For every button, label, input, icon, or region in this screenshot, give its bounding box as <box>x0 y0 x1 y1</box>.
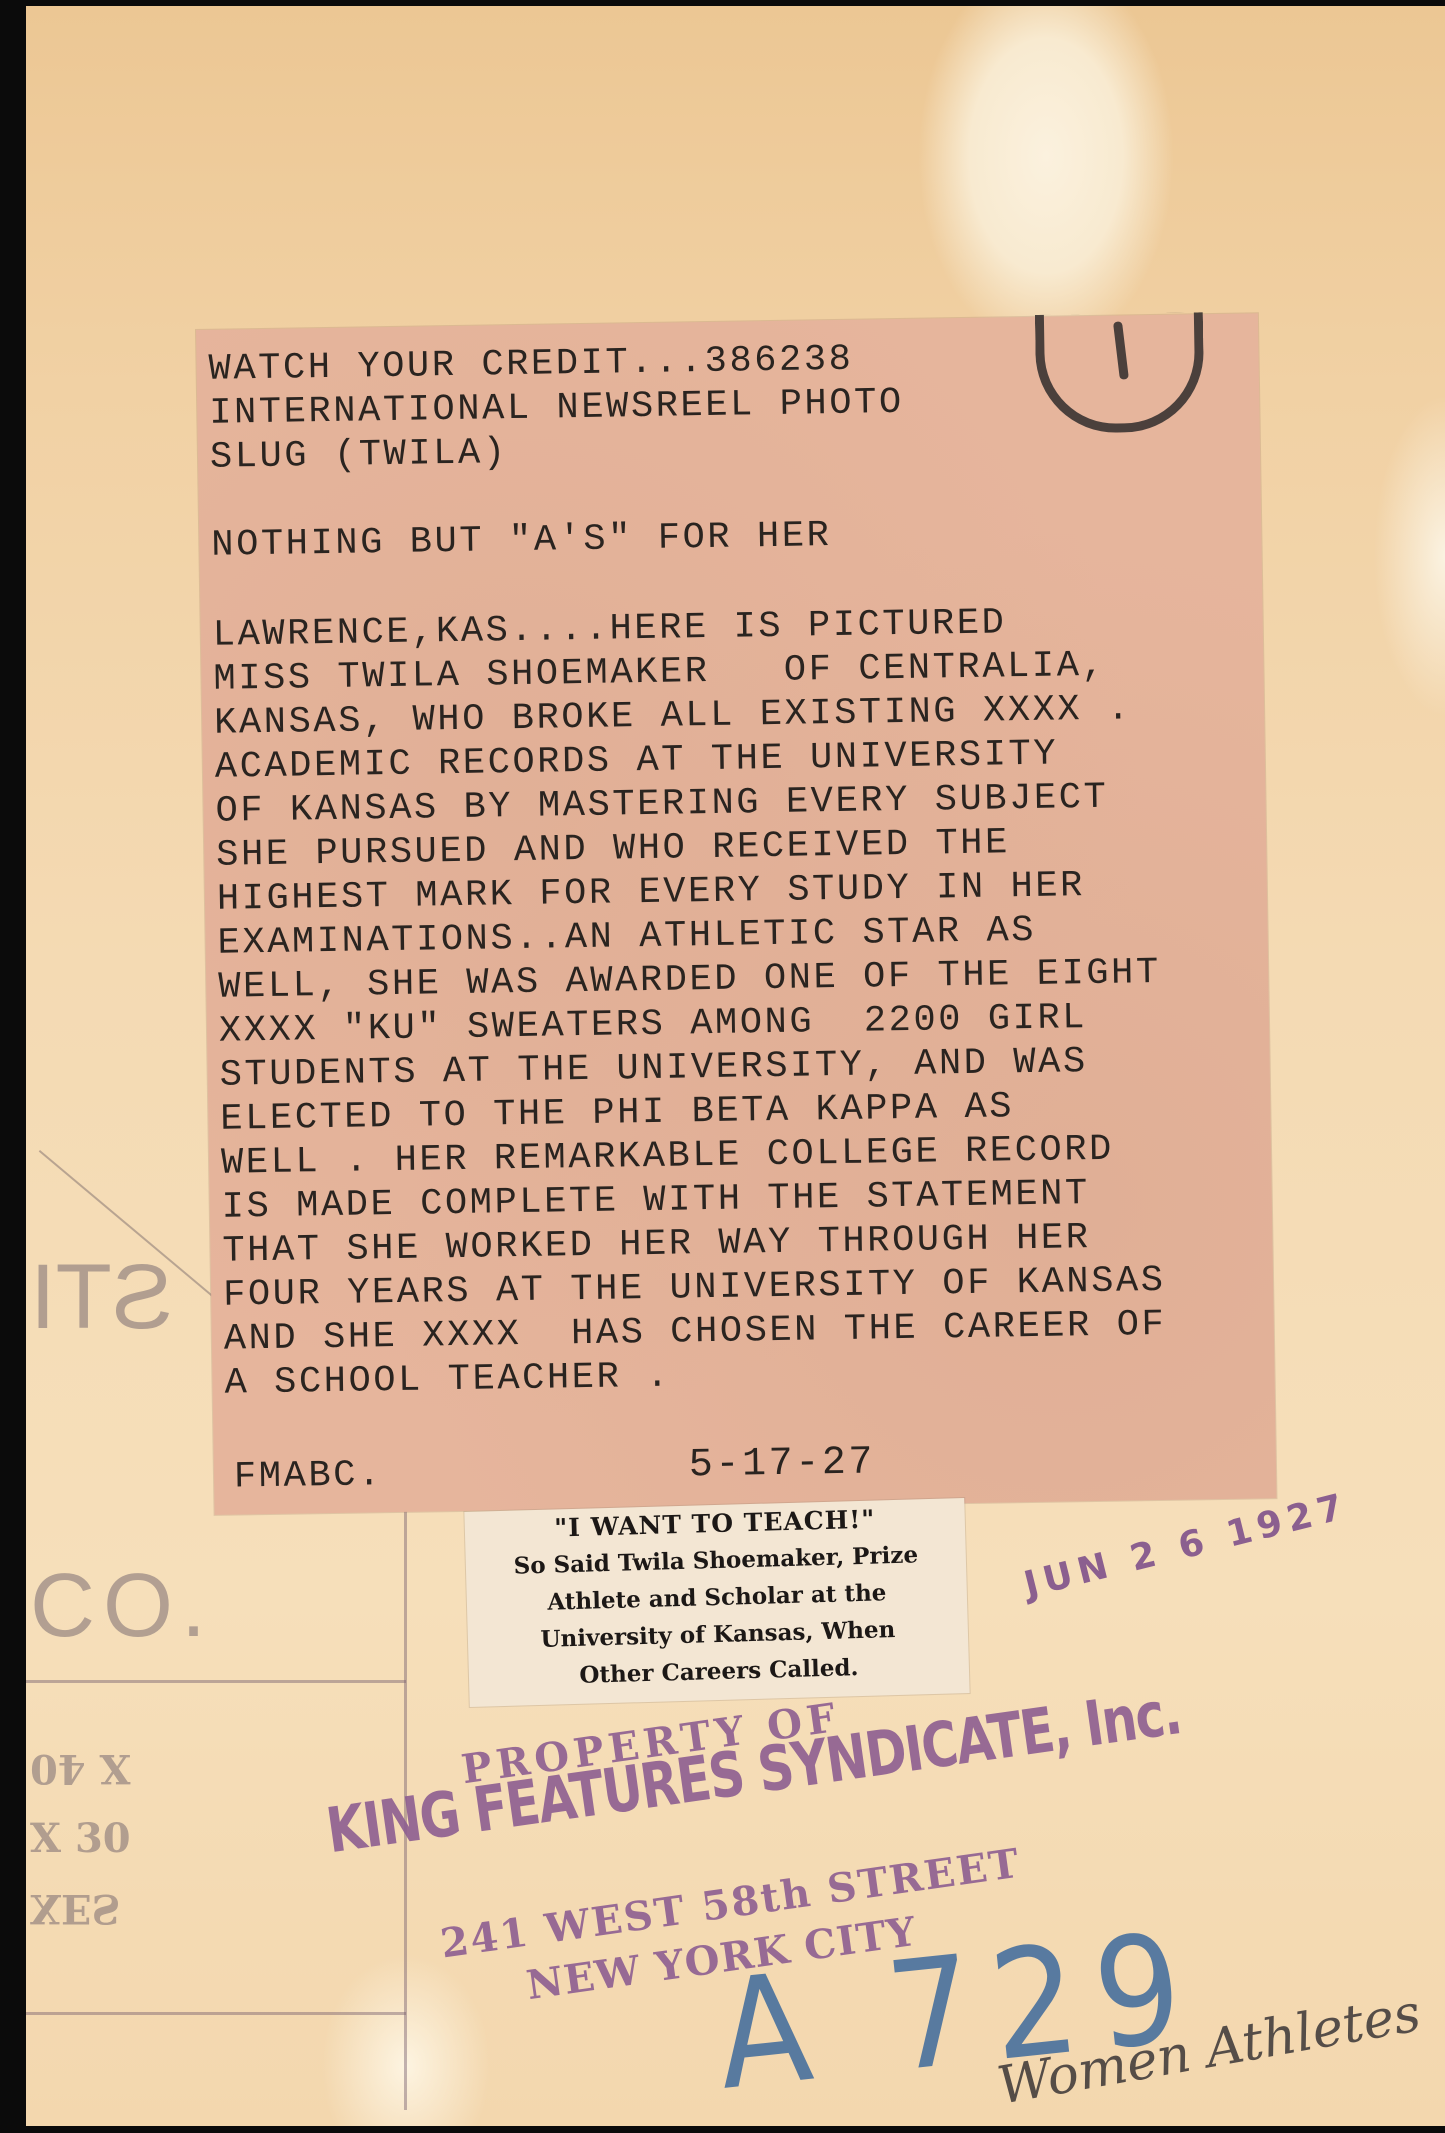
clipping-line: Athlete and Scholar at the <box>467 1577 968 1618</box>
pencil-number-mark <box>1113 321 1129 380</box>
bleed-through-row-2: X 30 <box>30 1815 131 1862</box>
bleed-through-sti: STI <box>30 1245 173 1350</box>
bleed-through-row-1: X 40 <box>30 1745 131 1792</box>
caption-headline: NOTHING BUT "A'S" FOR HER <box>211 518 832 565</box>
typed-caption-slip: WATCH YOUR CREDIT...386238 INTERNATIONAL… <box>196 313 1276 1515</box>
caption-line: WATCH YOUR CREDIT...386238 <box>208 342 853 389</box>
caption-footer-code: FMABC. <box>234 1457 383 1496</box>
bleed-through-row-3: XES <box>30 1885 120 1932</box>
bleed-through-co: CO. <box>30 1555 214 1658</box>
bleed-through-horizontal-rule <box>26 1680 406 1683</box>
newspaper-clipping: "I WANT TO TEACH!" So Said Twila Shoemak… <box>464 1498 969 1707</box>
caption-line: SLUG (TWILA) <box>210 435 508 477</box>
caption-footer-date: 5-17-27 <box>689 1443 876 1486</box>
clipping-line: University of Kansas, When <box>468 1614 969 1655</box>
clipping-line: So Said Twila Shoemaker, Prize <box>466 1540 967 1581</box>
bleed-through-horizontal-rule-bottom <box>26 2012 406 2015</box>
caption-line: A SCHOOL TEACHER . <box>224 1359 671 1403</box>
caption-line: AND SHE XXXX HAS CHOSEN THE CAREER OF <box>224 1307 1167 1359</box>
clipping-line: Other Careers Called. <box>469 1651 970 1692</box>
pencil-circle-mark <box>1035 312 1205 434</box>
caption-line: INTERNATIONAL NEWSREEL PHOTO <box>209 385 904 433</box>
